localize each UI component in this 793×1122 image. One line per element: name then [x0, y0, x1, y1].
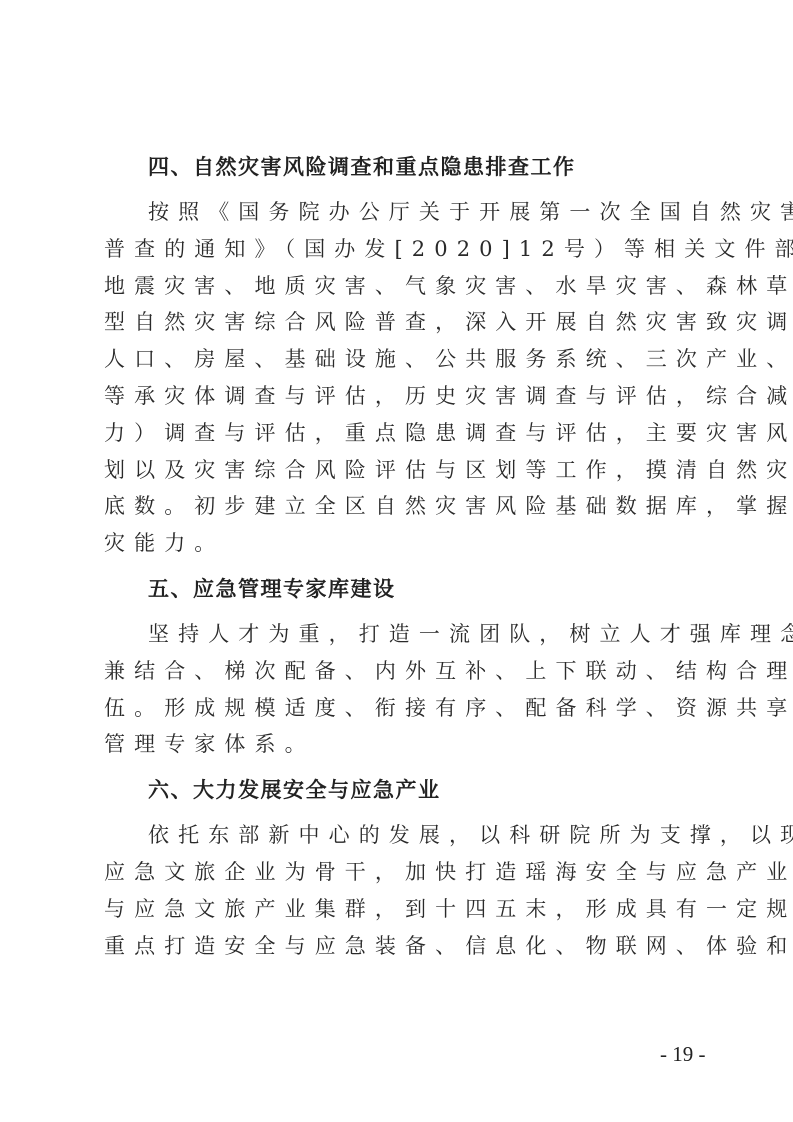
text-line: 依托东部新中心的发展，以科研院所为支撑，以现有安全与 — [104, 817, 704, 854]
section-heading-5: 五、应急管理专家库建设 — [104, 570, 704, 608]
section-body-5: 坚持人才为重，打造一流团队，树立人才强库理念，形成专 兼结合、梯次配备、内外互补… — [104, 616, 704, 763]
text-line: 与应急文旅产业集群，到十四五末，形成具有一定规模的产业。 — [104, 891, 704, 928]
text-line: 灾能力。 — [104, 525, 704, 562]
page-number: - 19 - — [660, 1042, 706, 1067]
text-line: 兼结合、梯次配备、内外互补、上下联动、结构合理的专家库队 — [104, 653, 704, 690]
text-line: 型自然灾害综合风险普查，深入开展自然灾害致灾调查与评估， — [104, 304, 704, 341]
text-line: 普查的通知》（国办发[2020]12号）等相关文件部署，开展全区 — [104, 231, 704, 268]
text-line: 底数。初步建立全区自然灾害风险基础数据库，掌握重点区域抗 — [104, 488, 704, 525]
text-line: 地震灾害、地质灾害、气象灾害、水旱灾害、森林草原火灾等类 — [104, 268, 704, 305]
text-line: 应急文旅企业为骨干，加快打造瑶海安全与应急产业。形成安全 — [104, 854, 704, 891]
text-line: 人口、房屋、基础设施、公共服务系统、三次产业、资源和环境 — [104, 341, 704, 378]
text-line: 坚持人才为重，打造一流团队，树立人才强库理念，形成专 — [104, 616, 704, 653]
text-line: 重点打造安全与应急装备、信息化、物联网、体验和宣教产业。 — [104, 928, 704, 965]
text-line: 划以及灾害综合风险评估与区划等工作，摸清自然灾害风险隐患 — [104, 452, 704, 489]
text-line: 等承灾体调查与评估，历史灾害调查与评估，综合减灾资源（能 — [104, 378, 704, 415]
section-heading-6: 六、大力发展安全与应急产业 — [104, 771, 704, 809]
section-heading-4: 四、自然灾害风险调查和重点隐患排查工作 — [104, 148, 704, 186]
text-line: 力）调查与评估，重点隐患调查与评估，主要灾害风险评估与区 — [104, 415, 704, 452]
text-line: 按照《国务院办公厅关于开展第一次全国自然灾害综合风险 — [104, 194, 704, 231]
text-line: 管理专家体系。 — [104, 726, 704, 763]
section-body-6: 依托东部新中心的发展，以科研院所为支撑，以现有安全与 应急文旅企业为骨干，加快打… — [104, 817, 704, 964]
document-page: 四、自然灾害风险调查和重点隐患排查工作 按照《国务院办公厅关于开展第一次全国自然… — [104, 148, 704, 972]
section-body-4: 按照《国务院办公厅关于开展第一次全国自然灾害综合风险 普查的通知》（国办发[20… — [104, 194, 704, 562]
text-line: 伍。形成规模适度、衔接有序、配备科学、资源共享的全区应急 — [104, 690, 704, 727]
